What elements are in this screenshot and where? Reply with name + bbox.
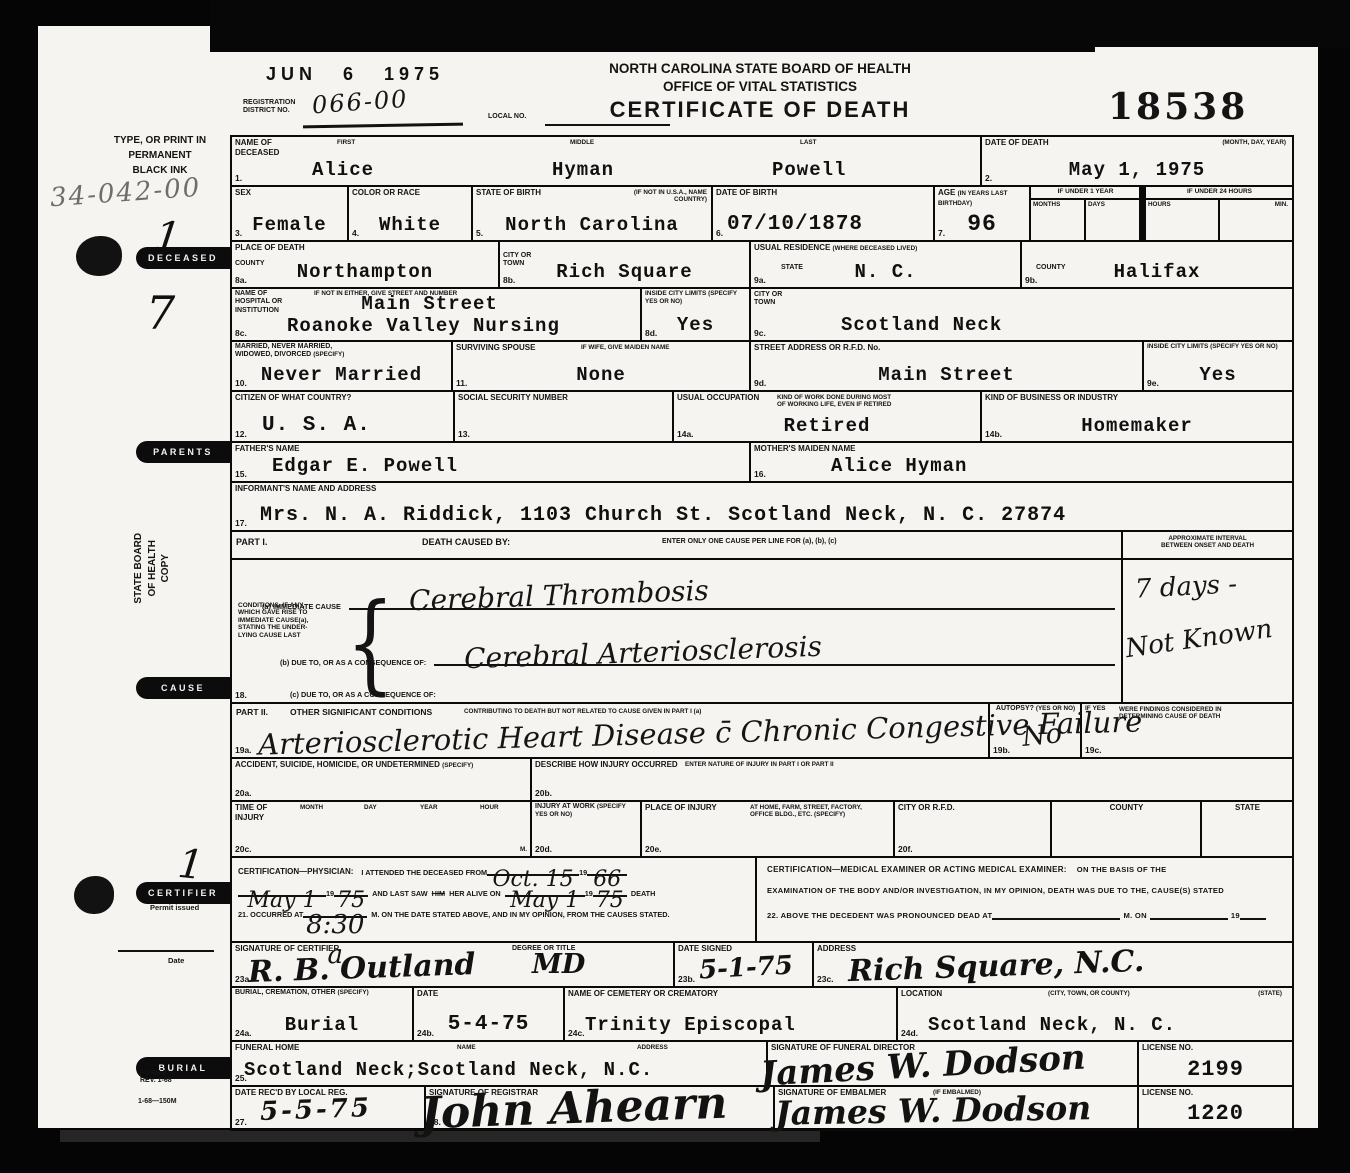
date-label: Date bbox=[168, 956, 184, 965]
dod-sublabel: (MONTH, DAY, YEAR) bbox=[1222, 139, 1286, 146]
hours-label: HOURS bbox=[1148, 201, 1171, 208]
hospital-value: Main Street Roanoke Valley Nursing bbox=[287, 294, 640, 338]
meridiem-label: M. bbox=[520, 846, 527, 853]
days-box: DAYS bbox=[1086, 200, 1139, 240]
location-state-sublabel: (STATE) bbox=[1258, 990, 1282, 997]
burial-location-value: Scotland Neck, N. C. bbox=[928, 1015, 1292, 1037]
field-citizen: CITIZEN OF WHAT COUNTRY? 12. U. S. A. bbox=[232, 392, 455, 441]
informant-value: Mrs. N. A. Riddick, 1103 Church St. Scot… bbox=[260, 504, 1292, 527]
month-header: MONTH bbox=[300, 804, 323, 811]
icl-8d-value: Yes bbox=[642, 315, 749, 337]
last-saw-date: May 1 bbox=[510, 888, 579, 913]
field-industry: KIND OF BUSINESS OR INDUSTRY 14b. Homema… bbox=[982, 392, 1292, 441]
part1-cause-of-death: PART I. DEATH CAUSED BY: ENTER ONLY ONE … bbox=[232, 532, 1123, 702]
certificate-form: NAME OF DECEASED FIRST MIDDLE LAST 1. Al… bbox=[230, 135, 1294, 1131]
spouse-value: None bbox=[453, 365, 749, 387]
last-header: LAST bbox=[800, 139, 816, 146]
sex-value: Female bbox=[232, 215, 347, 237]
location-sublabel: (CITY, TOWN, OR COUNTY) bbox=[1048, 990, 1130, 997]
informant-label: INFORMANT'S NAME AND ADDRESS bbox=[235, 484, 376, 493]
field-certifier-address: ADDRESS 23c. Rich Square, N.C. bbox=[814, 943, 1292, 986]
dod-label: DATE OF DEATH bbox=[985, 138, 1049, 147]
citizen-label: CITIZEN OF WHAT COUNTRY? bbox=[235, 393, 351, 402]
year-prefix: 19 bbox=[326, 890, 334, 897]
field-date-signed: DATE SIGNED 23b. 5-1-75 bbox=[675, 943, 814, 986]
org-name: NORTH CAROLINA STATE BOARD OF HEALTH bbox=[555, 60, 965, 78]
license-label: LICENSE NO. bbox=[1142, 1043, 1193, 1052]
hospital-label: NAME OF HOSPITAL OR INSTITUTION bbox=[235, 290, 282, 314]
field-inside-city-limits-9e: INSIDE CITY LIMITS (SPECIFY YES OR NO) 9… bbox=[1144, 342, 1292, 390]
field-date-of-birth: DATE OF BIRTH 6. 07/10/1878 bbox=[713, 187, 935, 240]
dod-value: May 1, 1975 bbox=[982, 160, 1292, 182]
icl-9e-value: Yes bbox=[1144, 365, 1292, 387]
cert-me-title: CERTIFICATION—MEDICAL EXAMINER OR ACTING… bbox=[767, 866, 1067, 874]
interval-a-value: 7 days - bbox=[1134, 569, 1237, 604]
scan-top-band bbox=[210, 0, 1095, 52]
burial-label: BURIAL, CREMATION, OTHER bbox=[235, 989, 336, 996]
cert-me-text1: ON THE BASIS OF THE bbox=[1077, 866, 1167, 874]
field-signature-of-certifier: SIGNATURE OF CERTIFIER DEGREE OR TITLE 2… bbox=[232, 943, 675, 986]
item-number: 1. bbox=[235, 173, 242, 183]
min-label: MIN. bbox=[1275, 201, 1288, 208]
field-accident: ACCIDENT, SUICIDE, HOMICIDE, OR UNDETERM… bbox=[232, 759, 532, 800]
tab-parents: PARENTS bbox=[136, 441, 230, 463]
field-place-of-death-city: CITY OR TOWN 8b. Rich Square bbox=[500, 242, 751, 287]
field-describe-injury: DESCRIBE HOW INJURY OCCURRED ENTER NATUR… bbox=[532, 759, 1292, 800]
item-number: 23c. bbox=[817, 974, 834, 984]
place-of-death-label: PLACE OF DEATH bbox=[235, 243, 305, 252]
burial-date-value: 5-4-75 bbox=[414, 1013, 563, 1037]
field-sex: SEX 3. Female bbox=[232, 187, 349, 240]
field-race: COLOR OR RACE 4. White bbox=[349, 187, 473, 240]
date-signed-value: 5-1-75 bbox=[698, 951, 793, 986]
time-of-injury-label: TIME OF INJURY bbox=[235, 803, 267, 822]
print-run: 1-68—150M bbox=[138, 1098, 177, 1105]
part1-interval-column: APPROXIMATE INTERVAL BETWEEN ONSET AND D… bbox=[1123, 532, 1292, 702]
part1-header: PART I. DEATH CAUSED BY: ENTER ONLY ONE … bbox=[232, 532, 1121, 560]
sob-sublabel: (IF NOT IN U.S.A., NAME COUNTRY) bbox=[634, 189, 707, 203]
item-number: 20a. bbox=[235, 788, 252, 798]
certification-medical-examiner: CERTIFICATION—MEDICAL EXAMINER OR ACTING… bbox=[757, 858, 1292, 941]
immediate-cause-value: Cerebral Thrombosis bbox=[408, 574, 709, 617]
spouse-sublabel: IF WIFE, GIVE MAIDEN NAME bbox=[581, 344, 670, 351]
registration-date-stamp: JUN 6 1975 bbox=[266, 64, 444, 85]
hours-box: HOURS bbox=[1146, 200, 1220, 240]
funeral-home-label: FUNERAL HOME bbox=[235, 1043, 299, 1052]
race-value: White bbox=[349, 215, 471, 237]
field-name-of-deceased: NAME OF DECEASED FIRST MIDDLE LAST 1. Al… bbox=[232, 137, 982, 185]
item-number: 20d. bbox=[535, 844, 552, 854]
interval-header: APPROXIMATE INTERVAL BETWEEN ONSET AND D… bbox=[1123, 535, 1292, 549]
burial-date-label: DATE bbox=[417, 989, 438, 998]
marital-value: Never Married bbox=[232, 365, 451, 387]
place-of-injury-sublabel: AT HOME, FARM, STREET, FACTORY, OFFICE B… bbox=[750, 804, 862, 818]
death-caused-by-label: DEATH CAUSED BY: bbox=[422, 537, 510, 547]
immediate-cause-label: (a) IMMEDIATE CAUSE bbox=[262, 603, 341, 610]
sob-value: North Carolina bbox=[473, 215, 711, 237]
item-number: 9c. bbox=[754, 328, 766, 338]
city-town-label: CITY OR TOWN bbox=[754, 291, 782, 307]
street-label: STREET ADDRESS OR R.F.D. No. bbox=[754, 343, 880, 352]
citizen-value: U. S. A. bbox=[262, 414, 453, 438]
death-text: DEATH bbox=[631, 890, 656, 897]
place-of-injury-label: PLACE OF INJURY bbox=[645, 803, 717, 812]
field-time-of-injury: TIME OF INJURY MONTH DAY YEAR HOUR 20c. … bbox=[232, 802, 532, 856]
field-marital-status: MARRIED, NEVER MARRIED, WIDOWED, DIVORCE… bbox=[232, 342, 453, 390]
burial-value: Burial bbox=[232, 1015, 412, 1037]
due-to-b-value: Cerebral Arteriosclerosis bbox=[464, 630, 823, 675]
tab-certifier: CERTIFIER bbox=[136, 882, 230, 904]
one-cause-note: ENTER ONLY ONE CAUSE PER LINE FOR (a), (… bbox=[662, 538, 837, 545]
occupation-value: Retired bbox=[674, 416, 980, 438]
field-funeral-director-signature: SIGNATURE OF FUNERAL DIRECTOR James W. D… bbox=[768, 1042, 1139, 1085]
spouse-label: SURVIVING SPOUSE bbox=[456, 343, 535, 352]
middle-header: MIDDLE bbox=[570, 139, 594, 146]
location-label: LOCATION bbox=[901, 989, 942, 998]
certification-physician: CERTIFICATION—PHYSICIAN: I ATTENDED THE … bbox=[232, 858, 757, 941]
occupation-label: USUAL OCCUPATION bbox=[677, 393, 759, 402]
item-number: 23b. bbox=[678, 974, 695, 984]
father-label: FATHER'S NAME bbox=[235, 444, 299, 453]
permit-issued-label: Permit issued bbox=[150, 903, 199, 912]
days-label: DAYS bbox=[1088, 201, 1105, 208]
under1yr-label: IF UNDER 1 YEAR bbox=[1058, 188, 1114, 195]
embalmer-signature: James W. Dodson bbox=[775, 1088, 1092, 1133]
print-instruction: TYPE, OR PRINT IN PERMANENT BLACK INK bbox=[100, 133, 220, 178]
item-number: 20c. bbox=[235, 844, 252, 854]
field-street-address: STREET ADDRESS OR R.F.D. No. 9d. Main St… bbox=[751, 342, 1144, 390]
part2-label: PART II. bbox=[236, 707, 268, 717]
license-label: LICENSE NO. bbox=[1142, 1088, 1193, 1097]
pronounced-dead-text: 22. ABOVE THE DECEDENT WAS PRONOUNCED DE… bbox=[767, 912, 992, 920]
name-label: NAME OF DECEASED bbox=[235, 138, 279, 157]
him-struck: HIM bbox=[432, 890, 445, 897]
handwritten-mark-7: 7 bbox=[146, 286, 175, 340]
under24hr-label: IF UNDER 24 HOURS bbox=[1187, 188, 1252, 195]
field-hospital: NAME OF HOSPITAL OR INSTITUTION IF NOT I… bbox=[232, 289, 642, 340]
item-number: 24d. bbox=[901, 1028, 918, 1038]
date-received-value: 5-5-75 bbox=[260, 1093, 373, 1127]
residence-county-value: Halifax bbox=[1022, 262, 1292, 284]
accident-sublabel: (SPECIFY) bbox=[442, 762, 473, 769]
certificate-number: 18538 bbox=[1108, 86, 1248, 128]
certificate-header: NORTH CAROLINA STATE BOARD OF HEALTH OFF… bbox=[555, 60, 965, 125]
registrar-signature: John Ahearn bbox=[419, 1078, 728, 1140]
field-residence-state: USUAL RESIDENCE (WHERE DECEASED LIVED) S… bbox=[751, 242, 1022, 287]
year-prefix: 19 bbox=[579, 869, 587, 876]
age-value: 96 bbox=[935, 211, 1029, 237]
certificate-title: CERTIFICATE OF DEATH bbox=[555, 96, 965, 125]
dob-label: DATE OF BIRTH bbox=[716, 188, 777, 197]
dob-value: 07/10/1878 bbox=[727, 213, 933, 237]
item-number: 20b. bbox=[535, 788, 552, 798]
injury-at-work-label: INJURY AT WORK bbox=[535, 803, 595, 810]
item-number: 13. bbox=[458, 429, 470, 439]
field-cemetery: NAME OF CEMETERY OR CREMATORY 24c. Trini… bbox=[565, 988, 898, 1040]
item-number: 20f. bbox=[898, 844, 913, 854]
mother-label: MOTHER'S MAIDEN NAME bbox=[754, 444, 855, 453]
cemetery-value: Trinity Episcopal bbox=[585, 1015, 896, 1037]
field-injury-state: STATE bbox=[1202, 802, 1292, 856]
field-date-received: DATE REC'D BY LOCAL REG. 27. 5-5-75 bbox=[232, 1087, 426, 1129]
item-number: 8c. bbox=[235, 328, 247, 338]
burial-sublabel: (SPECIFY) bbox=[338, 989, 369, 996]
tab-deceased: DECEASED bbox=[136, 247, 230, 269]
field-place-of-injury: PLACE OF INJURY AT HOME, FARM, STREET, F… bbox=[642, 802, 895, 856]
date-rule bbox=[118, 950, 214, 952]
last-saw-text: AND LAST SAW bbox=[372, 890, 428, 897]
marital-sublabel: (SPECIFY) bbox=[313, 351, 344, 358]
cert-me-text2: EXAMINATION OF THE BODY AND/OR INVESTIGA… bbox=[767, 887, 1224, 895]
usual-residence-label: USUAL RESIDENCE bbox=[754, 243, 830, 252]
sex-label: SEX bbox=[235, 188, 251, 197]
age-label: AGE bbox=[938, 188, 955, 197]
due-to-c-label: (c) DUE TO, OR AS A CONSEQUENCE OF: bbox=[290, 691, 436, 698]
item-number: 19b. bbox=[993, 745, 1010, 755]
cause-b-line: Cerebral Arteriosclerosis bbox=[434, 632, 1115, 666]
item-number: 6. bbox=[716, 228, 723, 238]
first-header: FIRST bbox=[337, 139, 355, 146]
registration-district-label: REGISTRATION DISTRICT NO. bbox=[243, 99, 295, 116]
describe-injury-label: DESCRIBE HOW INJURY OCCURRED bbox=[535, 760, 678, 769]
interval-header-rule bbox=[1123, 558, 1292, 560]
license-2-value: 1220 bbox=[1139, 1101, 1292, 1126]
field-injury-county: COUNTY bbox=[1052, 802, 1202, 856]
occupation-sublabel: KIND OF WORK DONE DURING MOST OF WORKING… bbox=[777, 394, 891, 408]
field-surviving-spouse: SURVIVING SPOUSE IF WIFE, GIVE MAIDEN NA… bbox=[453, 342, 751, 390]
describe-injury-sublabel: ENTER NATURE OF INJURY IN PART I OR PART… bbox=[685, 761, 834, 768]
field-date-of-death: DATE OF DEATH (MONTH, DAY, YEAR) 2. May … bbox=[982, 137, 1292, 185]
punch-hole bbox=[74, 876, 114, 914]
last-name-value: Powell bbox=[772, 160, 846, 182]
date-signed-label: DATE SIGNED bbox=[678, 944, 732, 953]
city-rfd-label: CITY OR R.F.D. bbox=[898, 803, 955, 812]
item-number: 15. bbox=[235, 469, 247, 479]
item-number: 27. bbox=[235, 1117, 247, 1127]
first-name-value: Alice bbox=[312, 160, 374, 182]
field-father-name: FATHER'S NAME 15. Edgar E. Powell bbox=[232, 443, 751, 481]
copy-designation: STATE BOARD OF HEALTH COPY bbox=[132, 512, 173, 624]
office-name: OFFICE OF VITAL STATISTICS bbox=[555, 78, 965, 96]
street-value: Main Street bbox=[751, 365, 1142, 387]
sob-label: STATE OF BIRTH bbox=[476, 188, 541, 197]
cemetery-label: NAME OF CEMETERY OR CREMATORY bbox=[568, 989, 718, 998]
icl-label: INSIDE CITY LIMITS bbox=[645, 290, 706, 297]
pod-city-value: Rich Square bbox=[500, 262, 749, 284]
residence-city-value: Scotland Neck bbox=[841, 315, 1292, 337]
item-number: 19a. bbox=[235, 745, 252, 755]
pod-county-value: Northampton bbox=[232, 262, 498, 284]
field-license-no-1: LICENSE NO. 2199 bbox=[1139, 1042, 1292, 1085]
field-burial-date: DATE 24b. 5-4-75 bbox=[414, 988, 565, 1040]
field-mother-name: MOTHER'S MAIDEN NAME 16. Alice Hyman bbox=[751, 443, 1292, 481]
field-injury-at-work: INJURY AT WORK (SPECIFY YES OR NO) 20d. bbox=[532, 802, 642, 856]
cert-physician-text: I ATTENDED THE DECEASED FROM bbox=[361, 869, 487, 876]
residence-state-value: N. C. bbox=[751, 262, 1020, 284]
cause-a-line: Cerebral Thrombosis bbox=[349, 578, 1115, 610]
injury-state-label: STATE bbox=[1235, 803, 1260, 812]
injury-county-label: COUNTY bbox=[1110, 803, 1144, 812]
field-if-under-1-year: IF UNDER 1 YEAR MONTHS DAYS bbox=[1031, 187, 1141, 240]
field-residence-county: COUNTY 9b. Halifax bbox=[1022, 242, 1292, 287]
part2-other-conditions: PART II. OTHER SIGNIFICANT CONDITIONS CO… bbox=[232, 704, 990, 757]
degree-value: MD bbox=[532, 949, 585, 980]
item-number: 16. bbox=[754, 469, 766, 479]
industry-label: KIND OF BUSINESS OR INDUSTRY bbox=[985, 393, 1118, 402]
usual-residence-sublabel: (WHERE DECEASED LIVED) bbox=[833, 245, 918, 252]
other-conditions-label: OTHER SIGNIFICANT CONDITIONS bbox=[290, 707, 432, 717]
field-license-no-2: LICENSE NO. 1220 bbox=[1139, 1087, 1292, 1129]
item-number: 19c. bbox=[1085, 745, 1102, 755]
item-number: 18. bbox=[235, 690, 247, 700]
local-no-label: LOCAL NO. bbox=[488, 113, 526, 121]
tab-cause: CAUSE bbox=[136, 677, 230, 699]
mother-value: Alice Hyman bbox=[831, 456, 1292, 478]
item-number: 17. bbox=[235, 518, 247, 528]
license-1-value: 2199 bbox=[1139, 1057, 1292, 1082]
field-inside-city-limits-8d: INSIDE CITY LIMITS (SPECIFY YES OR NO) 8… bbox=[642, 289, 751, 340]
field-residence-city: CITY OR TOWN 9c. Scotland Neck bbox=[751, 289, 1292, 340]
field-ssn: SOCIAL SECURITY NUMBER 13. bbox=[455, 392, 674, 441]
months-box: MONTHS bbox=[1031, 200, 1086, 240]
funeral-home-address-sublabel: ADDRESS bbox=[637, 1044, 668, 1051]
field-embalmer-signature: SIGNATURE OF EMBALMER (IF EMBALMED) Jame… bbox=[775, 1087, 1139, 1129]
year-prefix: 19 bbox=[585, 890, 593, 897]
hour-header: HOUR bbox=[480, 804, 499, 811]
address-label: ADDRESS bbox=[817, 944, 856, 953]
industry-value: Homemaker bbox=[982, 416, 1292, 438]
field-age: AGE (IN YEARS LAST BIRTHDAY) 7. 96 bbox=[935, 187, 1031, 240]
icl-sublabel: (SPECIFY YES OR NO) bbox=[1210, 343, 1278, 350]
last-saw-year: 75 bbox=[596, 888, 624, 913]
field-state-of-birth: STATE OF BIRTH (IF NOT IN U.S.A., NAME C… bbox=[473, 187, 713, 240]
day-header: DAY bbox=[364, 804, 377, 811]
interval-b-value: Not Known bbox=[1124, 614, 1275, 664]
field-informant: INFORMANT'S NAME AND ADDRESS 17. Mrs. N.… bbox=[232, 483, 1292, 530]
year-header: YEAR bbox=[420, 804, 438, 811]
field-registrar-signature: SIGNATURE OF REGISTRAR 28. John Ahearn bbox=[426, 1087, 775, 1129]
year-19-text: 19 bbox=[1231, 912, 1240, 920]
field-if-under-24-hours: IF UNDER 24 HOURS HOURS MIN. bbox=[1141, 187, 1292, 240]
cause-a-row: (a) IMMEDIATE CAUSE Cerebral Thrombosis bbox=[262, 578, 1115, 610]
punch-hole bbox=[76, 236, 122, 276]
m-on-text: M. ON bbox=[1123, 912, 1146, 920]
scan-corner-block bbox=[1082, 0, 1350, 47]
field-city-or-rfd: CITY OR R.F.D. 20f. bbox=[895, 802, 1052, 856]
other-conditions-note: CONTRIBUTING TO DEATH BUT NOT RELATED TO… bbox=[464, 708, 701, 715]
field-burial-location: LOCATION (CITY, TOWN, OR COUNTY) (STATE)… bbox=[898, 988, 1292, 1040]
father-value: Edgar E. Powell bbox=[272, 456, 749, 478]
months-label: MONTHS bbox=[1033, 201, 1060, 208]
form-number: FORM 8 REV. 1-68 bbox=[140, 1070, 172, 1084]
item-number: 24c. bbox=[568, 1028, 585, 1038]
cert-physician-title: CERTIFICATION—PHYSICIAN: bbox=[238, 868, 353, 876]
middle-name-value: Hyman bbox=[552, 160, 614, 182]
cause-b-row: (b) DUE TO, OR AS A CONSEQUENCE OF: Cere… bbox=[280, 632, 1115, 666]
certifier-signature: R. B. Outland bbox=[247, 947, 476, 990]
min-box: MIN. bbox=[1220, 200, 1292, 240]
field-burial-type: BURIAL, CREMATION, OTHER (SPECIFY) 24a. … bbox=[232, 988, 414, 1040]
race-label: COLOR OR RACE bbox=[352, 188, 420, 197]
due-to-b-label: (b) DUE TO, OR AS A CONSEQUENCE OF: bbox=[280, 659, 426, 666]
part1-label: PART I. bbox=[236, 537, 267, 547]
funeral-home-name-sublabel: NAME bbox=[457, 1044, 476, 1051]
icl-label: INSIDE CITY LIMITS bbox=[1147, 343, 1208, 350]
death-certificate-scan: TYPE, OR PRINT IN PERMANENT BLACK INK 34… bbox=[0, 0, 1350, 1173]
field-occupation: USUAL OCCUPATION KIND OF WORK DONE DURIN… bbox=[674, 392, 982, 441]
item-number: 20e. bbox=[645, 844, 662, 854]
item-number: 12. bbox=[235, 429, 247, 439]
ssn-label: SOCIAL SECURITY NUMBER bbox=[458, 393, 568, 402]
field-place-of-death-county: PLACE OF DEATH COUNTY 8a. Northampton bbox=[232, 242, 500, 287]
